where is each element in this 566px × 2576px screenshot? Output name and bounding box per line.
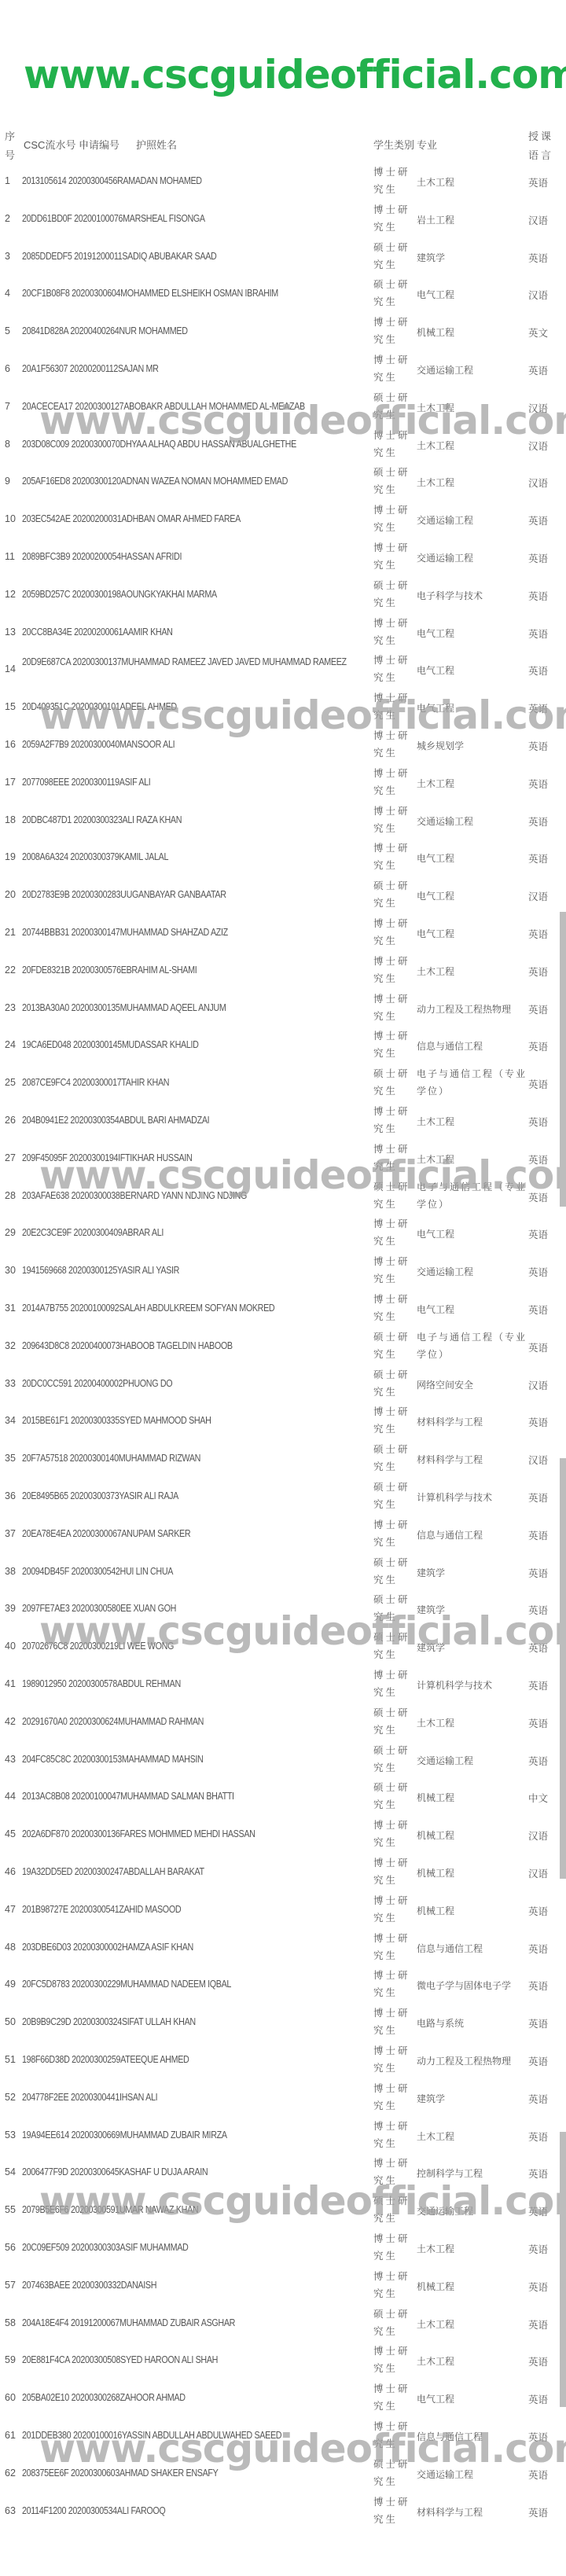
table-row: 5319A94EE614 20200300669MUHAMMAD ZUBAIR … — [0, 2118, 566, 2155]
passport-name: LI WEE WONG — [119, 1641, 174, 1652]
application-number: 20200200112 — [70, 363, 118, 374]
table-row: 1520D409351C 20200300101ADEEL AHMED博士研究生… — [0, 689, 566, 727]
student-type: 博士研究生 — [373, 840, 417, 874]
teaching-language: 英语 — [528, 2054, 548, 2068]
application-number: 20200300373 — [70, 1490, 119, 1501]
application-number: 20200300576 — [72, 965, 121, 976]
csc-serial-number: 2079B5E6F6 — [22, 2204, 68, 2215]
row-index: 13 — [5, 627, 16, 638]
row-index: 39 — [5, 1603, 16, 1614]
table-row: 420CF1B08F8 20200300604MOHAMMED ELSHEIKH… — [0, 276, 566, 314]
row-ids-and-name: 209F45095F 20200300194IFTIKHAR HUSSAIN — [22, 1152, 192, 1163]
csc-serial-number: 20CC8BA34E — [22, 627, 72, 638]
student-type: 博士研究生 — [373, 2005, 417, 2039]
teaching-language: 英语 — [528, 2204, 548, 2218]
csc-serial-number: 19CA6ED048 — [22, 1039, 71, 1050]
major: 电气工程 — [417, 663, 454, 677]
application-number: 20200300219 — [70, 1641, 119, 1652]
passport-name: YASIR ALI YASIR — [117, 1265, 179, 1276]
application-number: 20200300332 — [72, 2280, 121, 2291]
row-index: 20 — [5, 889, 16, 900]
application-number: 20200400002 — [74, 1378, 123, 1389]
student-type: 博士研究生 — [373, 1215, 417, 1250]
csc-serial-number: 204FC85C8C — [22, 1754, 71, 1765]
table-row: 312014A7B755 20200100092SALAH ABDULKREEM… — [0, 1291, 566, 1328]
major: 电子与通信工程（专业学位） — [417, 1065, 531, 1100]
student-type: 博士研究生 — [373, 1892, 417, 1927]
row-ids-and-name: 201B98727E 20200300541ZAHID MASOOD — [22, 1904, 181, 1915]
csc-serial-number: 20D2783E9B — [22, 889, 70, 900]
scrollbar-segment[interactable] — [560, 912, 566, 1207]
passport-name: SYED HAROON ALI SHAH — [120, 2354, 218, 2365]
csc-serial-number: 19A94EE614 — [22, 2130, 69, 2141]
table-row: 5920E881F4CA 20200300508SYED HAROON ALI … — [0, 2343, 566, 2380]
student-type: 博士研究生 — [373, 2493, 417, 2528]
application-number: 20200300101 — [72, 701, 120, 712]
csc-serial-number: 2008A6A324 — [22, 851, 68, 862]
teaching-language: 英语 — [528, 739, 548, 753]
row-index: 58 — [5, 2317, 16, 2328]
row-index: 15 — [5, 701, 16, 712]
table-row: 3620E8495B65 20200300373YASIR ALI RAJA硕士… — [0, 1479, 566, 1516]
table-row: 392097FE7AE3 20200300580EE XUAN GOH硕士研究生… — [0, 1591, 566, 1629]
csc-serial-number: 203D08C009 — [22, 439, 69, 450]
row-index: 32 — [5, 1340, 16, 1351]
major: 信息与通信工程 — [417, 1528, 483, 1542]
csc-serial-number: 20D409351C — [22, 701, 69, 712]
passport-name: MUDASSAR KHALID — [122, 1039, 199, 1050]
row-ids-and-name: 20CF1B08F8 20200300604MOHAMMED ELSHEIKH … — [22, 288, 278, 299]
csc-serial-number: 20841D828A — [22, 325, 68, 336]
csc-serial-number: 20E8495B65 — [22, 1490, 68, 1501]
application-number: 20200300323 — [74, 814, 123, 825]
teaching-language: 英语 — [528, 551, 548, 565]
application-number: 20200300017 — [72, 1077, 121, 1088]
csc-serial-number: 20C09EF509 — [22, 2242, 69, 2253]
application-number: 20200300534 — [68, 2505, 117, 2516]
row-index: 51 — [5, 2054, 16, 2065]
student-type: 博士研究生 — [373, 2268, 417, 2302]
major: 计算机科学与技术 — [417, 1490, 492, 1504]
table-row: 32209643D8C8 20200400073HABOOB TAGELDIN … — [0, 1328, 566, 1366]
student-type: 博士研究生 — [373, 539, 417, 574]
row-index: 62 — [5, 2468, 16, 2479]
major: 电气工程 — [417, 1303, 454, 1316]
csc-serial-number: 204778F2EE — [22, 2092, 68, 2103]
student-type: 博士研究生 — [373, 1403, 417, 1438]
application-number: 20200400264 — [70, 325, 119, 336]
student-type: 博士研究生 — [373, 2418, 417, 2453]
teaching-language: 英文 — [528, 325, 548, 340]
major: 电气工程 — [417, 889, 454, 902]
row-ids-and-name: 20B9B9C29D 20200300324SIFAT ULLAH KHAN — [22, 2016, 196, 2027]
row-index: 35 — [5, 1453, 16, 1464]
scrollbar-segment[interactable] — [560, 1458, 566, 1879]
application-number: 20200300409 — [74, 1227, 123, 1238]
major: 交通运输工程 — [417, 2468, 473, 2481]
row-index: 11 — [5, 551, 15, 562]
student-type: 硕士研究生 — [373, 1779, 417, 1813]
teaching-language: 英语 — [528, 851, 548, 865]
passport-name: BERNARD YANN NDJING NDJING — [120, 1190, 247, 1201]
passport-name: HAMZA ASIF KHAN — [122, 1942, 193, 1953]
application-number: 20200100047 — [72, 1791, 120, 1802]
passport-name: TAHIR KHAN — [121, 1077, 169, 1088]
header-major: 专业 — [417, 137, 437, 152]
row-index: 63 — [5, 2505, 16, 2516]
passport-name: SIFAT ULLAH KHAN — [122, 2016, 196, 2027]
major: 土木工程 — [417, 2317, 454, 2331]
row-index: 44 — [5, 1791, 16, 1802]
teaching-language: 汉语 — [528, 1866, 548, 1880]
major: 电子科学与技术 — [417, 589, 483, 602]
application-number: 20200200054 — [72, 551, 121, 562]
csc-serial-number: 20744BBB31 — [22, 927, 69, 938]
teaching-language: 英语 — [528, 965, 548, 979]
major: 机械工程 — [417, 1791, 454, 1804]
row-index: 37 — [5, 1528, 16, 1539]
teaching-language: 英语 — [528, 1904, 548, 1918]
teaching-language: 英语 — [528, 1303, 548, 1317]
table-row: 43204FC85C8C 20200300153MAHAMMAD MAHSIN硕… — [0, 1742, 566, 1780]
row-index: 47 — [5, 1904, 16, 1915]
passport-name: PHUONG DO — [123, 1378, 172, 1389]
passport-name: AOUNGKYAKHAI MARMA — [121, 589, 217, 600]
major: 交通运输工程 — [417, 1754, 473, 1767]
row-ids-and-name: 203D08C009 20200300070DHYAA ALHAQ ABDU H… — [22, 439, 296, 450]
student-type: 博士研究生 — [373, 2230, 417, 2265]
teaching-language: 英语 — [528, 2242, 548, 2256]
application-number: 20200300147 — [72, 927, 120, 938]
major: 机械工程 — [417, 325, 454, 339]
table-row: 172077098EEE 20200300119ASIF ALI博士研究生土木工… — [0, 765, 566, 803]
application-number: 20200300002 — [73, 1942, 122, 1953]
table-row: 520841D828A 20200400264NUR MOHAMMED博士研究生… — [0, 314, 566, 351]
row-index: 43 — [5, 1754, 16, 1765]
table-row: 52204778F2EE 20200300441IHSAN ALI博士研究生建筑… — [0, 2080, 566, 2118]
major: 动力工程及工程热物理 — [417, 2054, 511, 2067]
major: 电子与通信工程（专业学位） — [417, 1328, 531, 1363]
application-number: 20191200067 — [71, 2317, 119, 2328]
application-number: 20200300120 — [72, 476, 121, 487]
student-type: 博士研究生 — [373, 427, 417, 461]
table-row: 48203DBE6D03 20200300002HAMZA ASIF KHAN博… — [0, 1930, 566, 1968]
student-type: 博士研究生 — [373, 1253, 417, 1288]
major: 电气工程 — [417, 627, 454, 640]
major: 电气工程 — [417, 927, 454, 940]
major: 土木工程 — [417, 175, 454, 189]
application-number: 20200200031 — [72, 513, 121, 524]
row-index: 6 — [5, 363, 10, 374]
teaching-language: 英语 — [528, 513, 548, 527]
table-row: 4619A32DD5ED 20200300247ABDALLAH BARAKAT… — [0, 1854, 566, 1892]
passport-name: MUHAMMAD AQEEL ANJUM — [120, 1002, 226, 1013]
major: 交通运输工程 — [417, 2204, 473, 2218]
table-row: 442013AC8B08 20200100047MUHAMMAD SALMAN … — [0, 1779, 566, 1817]
teaching-language: 中文 — [528, 1791, 548, 1805]
row-ids-and-name: 19A32DD5ED 20200300247ABDALLAH BARAKAT — [22, 1866, 204, 1877]
table-row: 342015BE61F1 20200300335SYED MAHMOOD SHA… — [0, 1403, 566, 1441]
student-type: 博士研究生 — [373, 2343, 417, 2377]
csc-serial-number: 2087CE9FC4 — [22, 1077, 71, 1088]
row-index: 2 — [5, 213, 10, 224]
csc-serial-number: 1941569668 — [22, 1265, 66, 1276]
passport-name: MUHAMMAD RIZWAN — [119, 1453, 200, 1464]
table-row: 2220FDE8321B 20200300576EBRAHIM AL-SHAMI… — [0, 953, 566, 990]
row-ids-and-name: 19CA6ED048 20200300145MUDASSAR KHALID — [22, 1039, 199, 1050]
passport-name: KASHAF U DUJA ARAIN — [119, 2166, 208, 2177]
row-index: 12 — [5, 589, 16, 600]
major: 建筑学 — [417, 251, 445, 264]
csc-serial-number: 20A1F56307 — [22, 363, 68, 374]
row-index: 29 — [5, 1227, 16, 1238]
passport-name: SALAH ABDULKREEM SOFYAN MOKRED — [119, 1303, 274, 1314]
teaching-language: 英语 — [528, 1077, 548, 1091]
teaching-language: 英语 — [528, 1190, 548, 1204]
row-index: 5 — [5, 325, 10, 336]
student-type: 硕士研究生 — [373, 464, 417, 498]
csc-serial-number: 20FDE8321B — [22, 965, 70, 976]
header-name: 护照姓名 — [136, 137, 177, 152]
row-index: 28 — [5, 1190, 16, 1201]
student-type: 博士研究生 — [373, 915, 417, 950]
row-ids-and-name: 20291670A0 20200300624MUHAMMAD RAHMAN — [22, 1716, 204, 1727]
scrollbar-segment[interactable] — [560, 2132, 566, 2407]
application-number: 20200300268 — [72, 2392, 120, 2403]
csc-serial-number: 203DBE6D03 — [22, 1942, 71, 1953]
application-number: 20200400073 — [72, 1340, 120, 1351]
header-index: 序号 — [5, 127, 16, 165]
student-type: 博士研究生 — [373, 1967, 417, 2001]
csc-serial-number: 20EA78E4EA — [22, 1528, 71, 1539]
teaching-language: 英语 — [528, 2430, 548, 2444]
student-type: 博士研究生 — [373, 502, 417, 536]
application-number: 20200300541 — [70, 1904, 119, 1915]
passport-name: MUHAMMAD ZUBAIR ASGHAR — [119, 2317, 235, 2328]
row-index: 16 — [5, 739, 16, 750]
teaching-language: 英语 — [528, 2392, 548, 2406]
csc-serial-number: 208375EE6F — [22, 2468, 68, 2479]
major: 信息与通信工程 — [417, 1039, 483, 1053]
row-index: 41 — [5, 1678, 16, 1689]
csc-serial-number: 2089BFC3B9 — [22, 551, 70, 562]
csc-serial-number: 20D9E687CA — [22, 656, 71, 667]
teaching-language: 英语 — [528, 1340, 548, 1354]
application-number: 20200300624 — [69, 1716, 118, 1727]
application-number: 20200300153 — [73, 1754, 122, 1765]
table-row: 5020B9B9C29D 20200300324SIFAT ULLAH KHAN… — [0, 2005, 566, 2042]
row-ids-and-name: 20EA78E4EA 20200300067ANUPAM SARKER — [22, 1528, 190, 1539]
csc-serial-number: 20702676C8 — [22, 1641, 68, 1652]
teaching-language: 英语 — [528, 1641, 548, 1655]
major: 建筑学 — [417, 1566, 445, 1579]
row-ids-and-name: 201DDEB380 20200100016YASSIN ABDULLAH AB… — [22, 2430, 281, 2441]
row-ids-and-name: 20744BBB31 20200300147MUHAMMAD SHAHZAD A… — [22, 927, 228, 938]
major: 动力工程及工程热物理 — [417, 1002, 511, 1016]
row-index: 9 — [5, 476, 10, 487]
csc-serial-number: 20F7A57518 — [22, 1453, 68, 1464]
table-row: 58204A18E4F4 20191200067MUHAMMAD ZUBAIR … — [0, 2306, 566, 2343]
row-index: 10 — [5, 513, 16, 524]
table-row: 112089BFC3B9 20200200054HASSAN AFRIDI博士研… — [0, 539, 566, 577]
csc-serial-number: 201DDEB380 — [22, 2430, 71, 2441]
row-index: 34 — [5, 1415, 16, 1426]
teaching-language: 英语 — [528, 363, 548, 377]
csc-serial-number: 203EC542AE — [22, 513, 71, 524]
table-row: 45202A6DF870 20200300136FARES MOHMMED ME… — [0, 1817, 566, 1854]
application-number: 20200300441 — [71, 2092, 119, 2103]
passport-name: ABDALLAH BARAKAT — [123, 1866, 204, 1877]
student-type: 博士研究生 — [373, 1103, 417, 1137]
row-ids-and-name: 205BA02E10 20200300268ZAHOOR AHMAD — [22, 2392, 186, 2403]
passport-name: MUHAMMAD NADEEM IQBAL — [120, 1979, 231, 1990]
row-ids-and-name: 20702676C8 20200300219LI WEE WONG — [22, 1641, 174, 1652]
table-row: 220DD61BD0F 20200100076MARSHEAL FISONGA博… — [0, 201, 566, 239]
student-type: 博士研究生 — [373, 1291, 417, 1325]
application-number: 20200300198 — [72, 589, 121, 600]
csc-serial-number: 205AF16ED8 — [22, 476, 70, 487]
student-type: 硕士研究生 — [373, 1479, 417, 1513]
major: 城乡规划学 — [417, 739, 464, 752]
teaching-language: 英语 — [528, 1566, 548, 1580]
table-row: 3820094DB45F 20200300542HUI LIN CHUA硕士研究… — [0, 1554, 566, 1592]
row-index: 53 — [5, 2130, 16, 2141]
row-index: 3 — [5, 251, 10, 262]
row-ids-and-name: 1941569668 20200300125YASIR ALI YASIR — [22, 1265, 179, 1276]
teaching-language: 英语 — [528, 1979, 548, 1993]
row-ids-and-name: 20C09EF509 20200300303ASIF MUHAMMAD — [22, 2242, 188, 2253]
row-ids-and-name: 2059A2F7B9 20200300040MANSOOR ALI — [22, 739, 175, 750]
table-row: 5620C09EF509 20200300303ASIF MUHAMMAD博士研… — [0, 2230, 566, 2268]
teaching-language: 英语 — [528, 2468, 548, 2482]
teaching-language: 英语 — [528, 2016, 548, 2030]
site-brand-banner: www.cscguideofficial.com — [24, 47, 519, 102]
student-type: 硕士研究生 — [373, 1629, 417, 1663]
table-row: 8203D08C009 20200300070DHYAA ALHAQ ABDU … — [0, 427, 566, 465]
teaching-language: 英语 — [528, 1039, 548, 1053]
passport-name: HABOOB TAGELDIN HABOOB — [120, 1340, 233, 1351]
passport-name: ADEEL AHMED — [120, 701, 177, 712]
row-index: 17 — [5, 777, 16, 788]
passport-name: KAMIL JALAL — [119, 851, 168, 862]
major: 建筑学 — [417, 2092, 445, 2105]
teaching-language: 英语 — [528, 777, 548, 791]
major: 电路与系统 — [417, 2016, 464, 2030]
table-row: 1320CC8BA34E 20200200061AAMIR KHAN博士研究生电… — [0, 615, 566, 652]
teaching-language: 汉语 — [528, 889, 548, 903]
passport-name: ZAHOOR AHMAD — [120, 2392, 186, 2403]
student-type: 博士研究生 — [373, 2118, 417, 2152]
application-number: 20200300645 — [70, 2166, 119, 2177]
teaching-language: 英语 — [528, 1716, 548, 1730]
table-row: 12013105614 20200300456RAMADAN MOHAMED博士… — [0, 164, 566, 201]
passport-name: ADHBAN OMAR AHMED FAREA — [121, 513, 241, 524]
header-app-no: 申请编号 — [79, 137, 119, 152]
teaching-language: 英语 — [528, 1490, 548, 1505]
passport-name: MUHAMMAD SHAHZAD AZIZ — [120, 927, 228, 938]
csc-serial-number: 20E881F4CA — [22, 2354, 70, 2365]
passport-name: SYED MAHMOOD SHAH — [119, 1415, 211, 1426]
major: 机械工程 — [417, 1828, 454, 1842]
csc-serial-number: 198F66D38D — [22, 2054, 70, 2065]
application-number: 20200200061 — [74, 627, 123, 638]
row-index: 21 — [5, 927, 16, 938]
row-ids-and-name: 20E8495B65 20200300373YASIR ALI RAJA — [22, 1490, 178, 1501]
student-type: 博士研究生 — [373, 2155, 417, 2189]
student-type: 博士研究生 — [373, 1854, 417, 1889]
row-ids-and-name: 20CC8BA34E 20200200061AAMIR KHAN — [22, 627, 173, 638]
csc-serial-number: 20114F1200 — [22, 2505, 66, 2516]
passport-name: ASIF MUHAMMAD — [120, 2242, 189, 2253]
table-row: 27209F45095F 20200300194IFTIKHAR HUSSAIN… — [0, 1141, 566, 1178]
csc-serial-number: 20CF1B08F8 — [22, 288, 70, 299]
major: 信息与通信工程 — [417, 2430, 483, 2443]
table-row: 3720EA78E4EA 20200300067ANUPAM SARKER博士研… — [0, 1516, 566, 1554]
teaching-language: 英语 — [528, 1227, 548, 1241]
teaching-language: 汉语 — [528, 476, 548, 490]
major: 交通运输工程 — [417, 513, 473, 527]
student-type: 硕士研究生 — [373, 389, 417, 424]
row-index: 19 — [5, 851, 16, 862]
row-ids-and-name: 2059BD257C 20200300198AOUNGKYAKHAI MARMA — [22, 589, 217, 600]
table-row: 192008A6A324 20200300379KAMIL JALAL博士研究生… — [0, 840, 566, 877]
teaching-language: 英语 — [528, 1265, 548, 1279]
row-index: 4 — [5, 288, 10, 299]
application-number: 20200300303 — [72, 2242, 120, 2253]
major: 建筑学 — [417, 1603, 445, 1616]
major: 网络空间安全 — [417, 1378, 473, 1391]
row-ids-and-name: 2006477F9D 20200300645KASHAF U DUJA ARAI… — [22, 2166, 208, 2177]
major: 电气工程 — [417, 2392, 454, 2405]
student-type: 博士研究生 — [373, 1027, 417, 1062]
major: 土木工程 — [417, 2354, 454, 2368]
csc-serial-number: 2059A2F7B9 — [22, 739, 68, 750]
major: 信息与通信工程 — [417, 1942, 483, 1955]
passport-name: MAHAMMAD MAHSIN — [122, 1754, 204, 1765]
row-ids-and-name: 20ACECEA17 20200300127ABOBAKR ABDULLAH M… — [22, 401, 305, 412]
passport-name: HUI LIN CHUA — [120, 1566, 174, 1577]
row-ids-and-name: 208375EE6F 20200300603AHMAD SHAKER ENSAF… — [22, 2468, 218, 2479]
row-index: 54 — [5, 2166, 16, 2177]
table-row: 162059A2F7B9 20200300040MANSOOR ALI博士研究生… — [0, 727, 566, 765]
csc-serial-number: 20FC5D8783 — [22, 1979, 70, 1990]
application-number: 20200300136 — [72, 1828, 120, 1839]
table-row: 232013BA30A0 20200300135MUHAMMAD AQEEL A… — [0, 990, 566, 1028]
passport-name: ABOBAKR ABDULLAH MOHAMMED AL-MEAZAB — [123, 401, 304, 412]
row-ids-and-name: 2008A6A324 20200300379KAMIL JALAL — [22, 851, 168, 862]
row-ids-and-name: 20841D828A 20200400264NUR MOHAMMED — [22, 325, 188, 336]
csc-serial-number: 2015BE61F1 — [22, 1415, 68, 1426]
teaching-language: 英语 — [528, 2166, 548, 2181]
table-row: 122059BD257C 20200300198AOUNGKYAKHAI MAR… — [0, 577, 566, 615]
student-type: 硕士研究生 — [373, 1554, 417, 1589]
table-row: 60205BA02E10 20200300268ZAHOOR AHMAD博士研究… — [0, 2380, 566, 2418]
row-ids-and-name: 203DBE6D03 20200300002HAMZA ASIF KHAN — [22, 1942, 193, 1953]
csc-serial-number: 205BA02E10 — [22, 2392, 69, 2403]
row-index: 60 — [5, 2392, 16, 2403]
application-number: 20200300259 — [72, 2054, 120, 2065]
teaching-language: 汉语 — [528, 401, 548, 415]
csc-serial-number: 20B9B9C29D — [22, 2016, 71, 2027]
teaching-language: 英语 — [528, 1152, 548, 1167]
major: 土木工程 — [417, 476, 454, 489]
row-ids-and-name: 20D2783E9B 20200300283UUGANBAYAR GANBAAT… — [22, 889, 226, 900]
csc-serial-number: 2013105614 — [22, 175, 66, 186]
student-type: 博士研究生 — [373, 201, 417, 236]
csc-serial-number: 2059BD257C — [22, 589, 70, 600]
csc-serial-number: 20DBC487D1 — [22, 814, 72, 825]
csc-serial-number: 2013BA30A0 — [22, 1002, 69, 1013]
